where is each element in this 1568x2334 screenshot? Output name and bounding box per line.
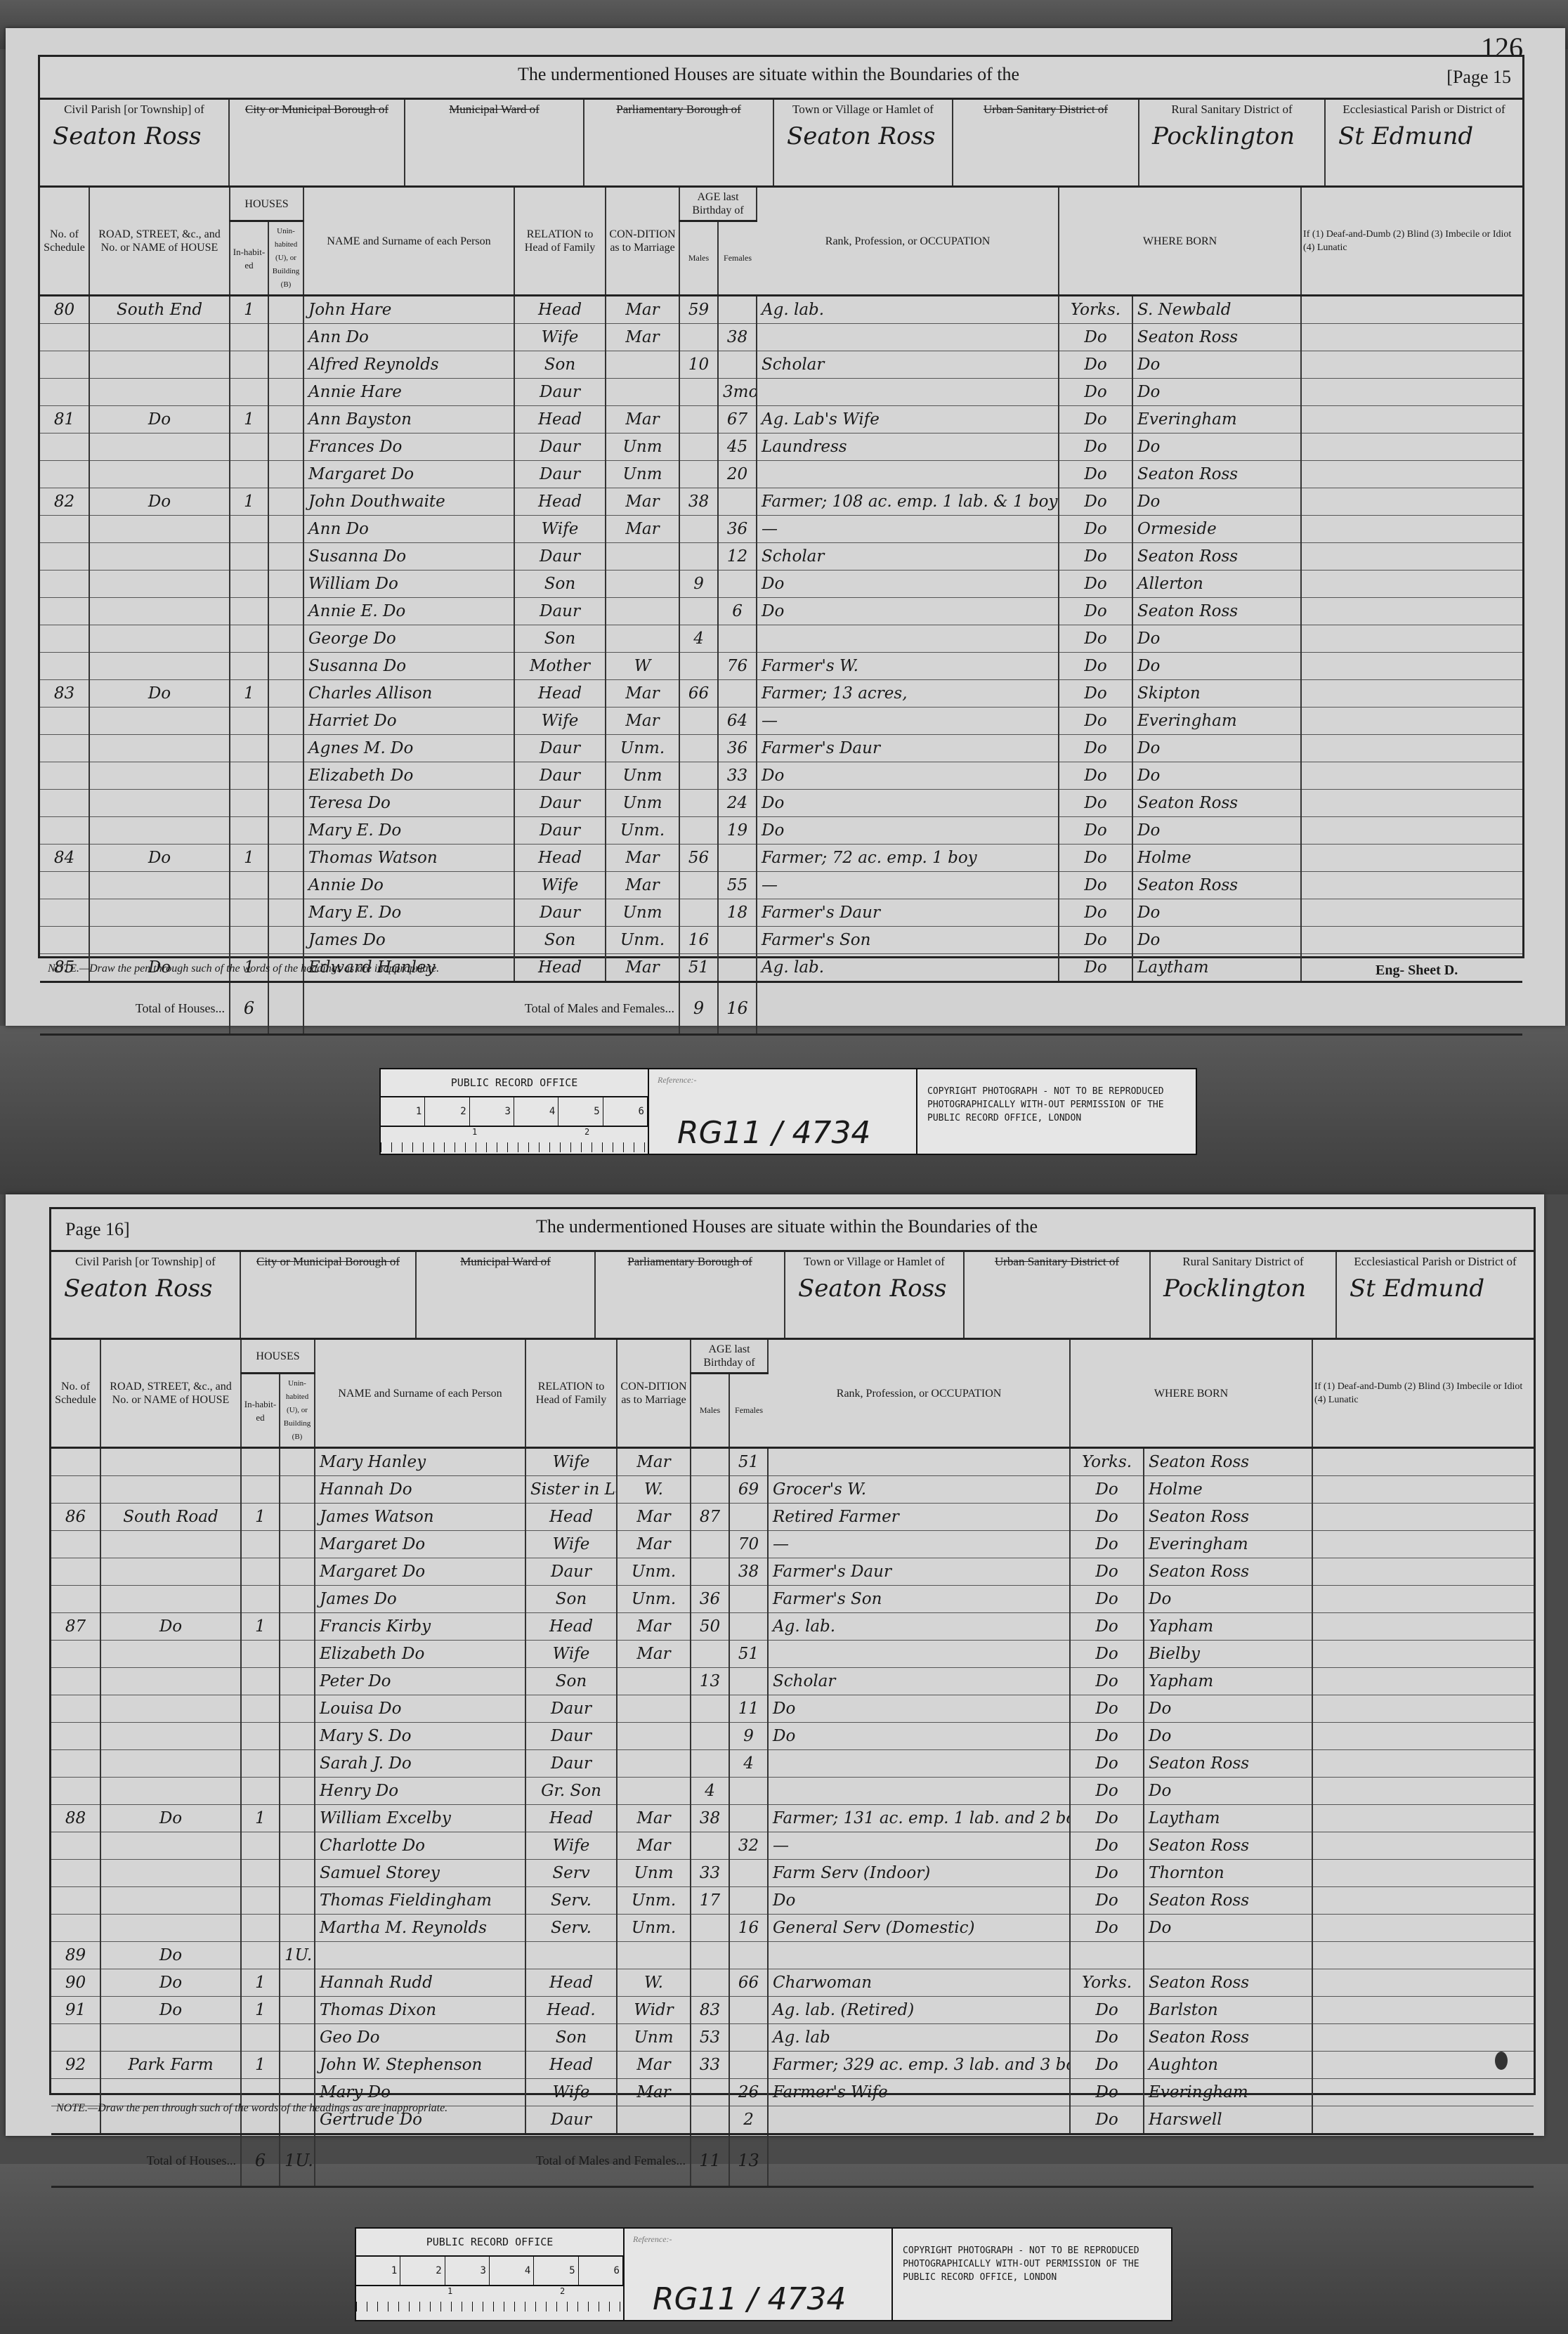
uninhabited-cell bbox=[268, 433, 303, 461]
infirmity-cell bbox=[1312, 1915, 1534, 1942]
male-age-cell: 17 bbox=[691, 1887, 729, 1915]
name-cell: Margaret Do bbox=[315, 1531, 525, 1558]
col-relation: RELATION to Head of Family bbox=[514, 188, 606, 296]
road-cell bbox=[100, 1558, 241, 1586]
schedule-cell bbox=[40, 461, 89, 488]
infirmity-cell bbox=[1301, 680, 1522, 708]
table-row: Charlotte DoWifeMar32—DoSeaton Ross bbox=[51, 1832, 1534, 1860]
uninhabited-cell bbox=[268, 379, 303, 406]
female-age-cell: 3mo bbox=[718, 379, 757, 406]
schedule-cell: 82 bbox=[40, 488, 89, 516]
inhabited-cell: 1 bbox=[241, 1997, 280, 2024]
born-place-cell: Holme bbox=[1144, 1476, 1312, 1504]
male-age-cell bbox=[691, 1695, 729, 1723]
born-place-cell: Seaton Ross bbox=[1132, 543, 1301, 571]
name-cell: Hannah Rudd bbox=[315, 1969, 525, 1997]
male-age-cell bbox=[679, 406, 718, 433]
occupation-cell bbox=[768, 1448, 1070, 1476]
schedule-cell bbox=[40, 379, 89, 406]
table-row: Frances DoDaurUnm45LaundressDoDo bbox=[40, 433, 1522, 461]
schedule-cell: 83 bbox=[40, 680, 89, 708]
road-cell bbox=[89, 324, 230, 351]
born-place-cell: Do bbox=[1132, 817, 1301, 845]
table-row: Peter DoSon13ScholarDoYapham bbox=[51, 1668, 1534, 1695]
inhabited-cell: 1 bbox=[230, 406, 268, 433]
male-age-cell bbox=[679, 379, 718, 406]
infirmity-cell bbox=[1312, 1723, 1534, 1750]
road-cell bbox=[89, 379, 230, 406]
male-age-cell: 66 bbox=[679, 680, 718, 708]
uninhabited-cell bbox=[280, 1778, 315, 1805]
female-age-cell bbox=[718, 845, 757, 872]
form-title-row: Page 16] The undermentioned Houses are s… bbox=[51, 1209, 1534, 1252]
name-cell: Alfred Reynolds bbox=[303, 351, 514, 379]
born-place-cell: Seaton Ross bbox=[1132, 598, 1301, 625]
table-row: Margaret DoDaurUnm20DoSeaton Ross bbox=[40, 461, 1522, 488]
occupation-cell: Farmer; 13 acres, bbox=[757, 680, 1059, 708]
table-row: Mary E. DoDaurUnm18Farmer's DaurDoDo bbox=[40, 899, 1522, 927]
road-cell: South Road bbox=[100, 1504, 241, 1531]
total-persons-label: Total of Males and Females... bbox=[303, 982, 679, 1035]
condition-cell: Unm. bbox=[617, 1586, 691, 1613]
relation-cell: Head bbox=[525, 1969, 617, 1997]
condition-cell: Mar bbox=[606, 954, 679, 982]
rural-sanitary-value: Pocklington bbox=[1145, 122, 1319, 150]
infirmity-cell bbox=[1312, 1750, 1534, 1778]
condition-cell: Unm. bbox=[606, 817, 679, 845]
ecclesiastical-label: Ecclesiastical Parish or District of bbox=[1331, 103, 1517, 117]
male-age-cell: 53 bbox=[691, 2024, 729, 2052]
born-county-cell: Do bbox=[1070, 1641, 1144, 1668]
born-place-cell bbox=[1144, 1942, 1312, 1969]
total-persons-label: Total of Males and Females... bbox=[315, 2134, 691, 2187]
name-cell: Elizabeth Do bbox=[303, 762, 514, 790]
relation-cell: Head. bbox=[525, 1997, 617, 2024]
male-age-cell bbox=[691, 1969, 729, 1997]
municipal-borough-label: City or Municipal Borough of bbox=[235, 103, 398, 117]
relation-cell: Daur bbox=[525, 1750, 617, 1778]
condition-cell bbox=[617, 2106, 691, 2134]
condition-cell: Unm bbox=[606, 461, 679, 488]
occupation-cell: Retired Farmer bbox=[768, 1504, 1070, 1531]
col-relation: RELATION to Head of Family bbox=[525, 1340, 617, 1448]
schedule-cell bbox=[40, 790, 89, 817]
inhabited-cell bbox=[241, 1668, 280, 1695]
road-cell bbox=[100, 2024, 241, 2052]
table-row: Margaret DoWifeMar70—DoEveringham bbox=[51, 1531, 1534, 1558]
relation-cell: Daur bbox=[514, 543, 606, 571]
female-age-cell: 4 bbox=[729, 1750, 768, 1778]
infirmity-cell bbox=[1312, 1586, 1534, 1613]
condition-cell: Mar bbox=[606, 845, 679, 872]
road-cell: Do bbox=[89, 406, 230, 433]
occupation-cell bbox=[757, 379, 1059, 406]
occupation-cell: Farmer's Daur bbox=[768, 1558, 1070, 1586]
born-place-cell: Bielby bbox=[1144, 1641, 1312, 1668]
name-cell: Sarah J. Do bbox=[315, 1750, 525, 1778]
name-cell: Agnes M. Do bbox=[303, 735, 514, 762]
occupation-cell: Ag. lab bbox=[768, 2024, 1070, 2052]
male-age-cell: 38 bbox=[691, 1805, 729, 1832]
inhabited-cell bbox=[241, 1448, 280, 1476]
occupation-cell: Farmer; 108 ac. emp. 1 lab. & 1 boy bbox=[757, 488, 1059, 516]
name-cell: Hannah Do bbox=[315, 1476, 525, 1504]
born-place-cell: Seaton Ross bbox=[1144, 1887, 1312, 1915]
uninhabited-cell bbox=[280, 1723, 315, 1750]
female-age-cell bbox=[729, 1613, 768, 1641]
census-table-page-16: No. of Schedule ROAD, STREET, &c., and N… bbox=[51, 1340, 1534, 2188]
road-cell bbox=[100, 1887, 241, 1915]
female-age-cell: 45 bbox=[718, 433, 757, 461]
infirmity-cell bbox=[1301, 461, 1522, 488]
female-age-cell: 66 bbox=[729, 1969, 768, 1997]
copyright-notice: COPYRIGHT PHOTOGRAPH - NOT TO BE REPRODU… bbox=[917, 1069, 1196, 1154]
occupation-cell: General Serv (Domestic) bbox=[768, 1915, 1070, 1942]
col-infirmity: If (1) Deaf-and-Dumb (2) Blind (3) Imbec… bbox=[1301, 188, 1522, 296]
uninhabited-cell bbox=[268, 351, 303, 379]
born-place-cell: Seaton Ross bbox=[1132, 790, 1301, 817]
scale-number: 2 bbox=[400, 2257, 445, 2285]
inhabited-cell: 1 bbox=[241, 1613, 280, 1641]
born-county-cell: Do bbox=[1070, 1613, 1144, 1641]
uninhabited-cell bbox=[268, 899, 303, 927]
schedule-cell bbox=[40, 516, 89, 543]
female-age-cell: 76 bbox=[718, 653, 757, 680]
born-county-cell: Do bbox=[1070, 1586, 1144, 1613]
inhabited-cell bbox=[241, 1695, 280, 1723]
table-row: Susanna DoMotherW76Farmer's W.DoDo bbox=[40, 653, 1522, 680]
inhabited-cell bbox=[241, 1586, 280, 1613]
inhabited-cell bbox=[230, 653, 268, 680]
female-age-cell: 24 bbox=[718, 790, 757, 817]
relation-cell: Daur bbox=[514, 379, 606, 406]
occupation-cell: Laundress bbox=[757, 433, 1059, 461]
born-county-cell: Do bbox=[1070, 1476, 1144, 1504]
born-place-cell: Do bbox=[1132, 762, 1301, 790]
road-cell: Do bbox=[100, 1805, 241, 1832]
road-cell bbox=[89, 653, 230, 680]
totals-blank bbox=[757, 982, 1522, 1035]
born-county-cell: Do bbox=[1059, 324, 1132, 351]
total-houses-uninhabited bbox=[268, 982, 303, 1035]
infirmity-cell bbox=[1312, 1613, 1534, 1641]
born-place-cell: Do bbox=[1132, 351, 1301, 379]
district-row: Civil Parish [or Township] ofSeaton Ross… bbox=[40, 100, 1522, 188]
table-row: 80South End1John HareHeadMar59Ag. lab.Yo… bbox=[40, 296, 1522, 324]
condition-cell: Mar bbox=[617, 1641, 691, 1668]
relation-cell: Wife bbox=[514, 708, 606, 735]
schedule-cell: 87 bbox=[51, 1613, 100, 1641]
form-note: NOTE.—Draw the pen through such of the w… bbox=[56, 2102, 447, 2115]
uninhabited-cell bbox=[268, 790, 303, 817]
schedule-cell: 90 bbox=[51, 1969, 100, 1997]
uninhabited-cell bbox=[280, 1969, 315, 1997]
copyright-notice: COPYRIGHT PHOTOGRAPH - NOT TO BE REPRODU… bbox=[893, 2229, 1171, 2320]
name-cell: Ann Bayston bbox=[303, 406, 514, 433]
infirmity-cell bbox=[1301, 433, 1522, 461]
condition-cell: Unm. bbox=[606, 927, 679, 954]
col-males: Males bbox=[679, 221, 718, 296]
inhabited-cell bbox=[230, 516, 268, 543]
census-sheet-page-16: Page 16] The undermentioned Houses are s… bbox=[6, 1194, 1544, 2136]
occupation-cell bbox=[768, 2106, 1070, 2134]
inhabited-cell: 1 bbox=[230, 296, 268, 324]
infirmity-cell bbox=[1301, 735, 1522, 762]
road-cell bbox=[89, 735, 230, 762]
name-cell: Henry Do bbox=[315, 1778, 525, 1805]
road-cell: Do bbox=[100, 1997, 241, 2024]
table-row: William DoSon9DoDoAllerton bbox=[40, 571, 1522, 598]
occupation-cell: — bbox=[768, 1531, 1070, 1558]
born-place-cell: Aughton bbox=[1144, 2052, 1312, 2079]
uninhabited-cell bbox=[280, 1558, 315, 1586]
col-houses: HOUSES bbox=[241, 1340, 315, 1374]
born-county-cell: Do bbox=[1070, 1750, 1144, 1778]
col-name: NAME and Surname of each Person bbox=[315, 1340, 525, 1448]
table-row: Teresa DoDaurUnm24DoDoSeaton Ross bbox=[40, 790, 1522, 817]
male-age-cell: 13 bbox=[691, 1668, 729, 1695]
born-county-cell: Do bbox=[1059, 571, 1132, 598]
born-place-cell: Barlston bbox=[1144, 1997, 1312, 2024]
female-age-cell bbox=[729, 1887, 768, 1915]
rural-sanitary-label: Rural Sanitary District of bbox=[1156, 1255, 1330, 1269]
born-place-cell: Laytham bbox=[1132, 954, 1301, 982]
schedule-cell bbox=[40, 543, 89, 571]
total-males: 9 bbox=[679, 982, 718, 1035]
inhabited-cell: 1 bbox=[230, 488, 268, 516]
infirmity-cell bbox=[1301, 296, 1522, 324]
born-county-cell: Do bbox=[1059, 598, 1132, 625]
born-county-cell: Yorks. bbox=[1070, 1448, 1144, 1476]
ruler-mark: 1 bbox=[447, 2286, 452, 2296]
born-place-cell: Seaton Ross bbox=[1132, 461, 1301, 488]
ink-blot bbox=[1495, 2052, 1508, 2070]
inhabited-cell bbox=[241, 1723, 280, 1750]
condition-cell: Mar bbox=[617, 1613, 691, 1641]
condition-cell: Mar bbox=[617, 2079, 691, 2106]
relation-cell: Head bbox=[525, 1504, 617, 1531]
rural-sanitary-value: Pocklington bbox=[1156, 1274, 1330, 1303]
schedule-cell bbox=[51, 1668, 100, 1695]
female-age-cell: 51 bbox=[729, 1641, 768, 1668]
born-county-cell: Do bbox=[1059, 872, 1132, 899]
condition-cell: Unm bbox=[606, 790, 679, 817]
relation-cell: Wife bbox=[514, 872, 606, 899]
born-place-cell: Ormeside bbox=[1132, 516, 1301, 543]
schedule-cell: 86 bbox=[51, 1504, 100, 1531]
occupation-cell: Do bbox=[768, 1695, 1070, 1723]
occupation-cell: Farmer's Wife bbox=[768, 2079, 1070, 2106]
name-cell: Ann Do bbox=[303, 324, 514, 351]
scale-number: 1 bbox=[356, 2257, 400, 2285]
born-county-cell: Yorks. bbox=[1070, 1969, 1144, 1997]
born-place-cell: Do bbox=[1132, 488, 1301, 516]
born-county-cell: Do bbox=[1070, 2024, 1144, 2052]
born-place-cell: Do bbox=[1132, 625, 1301, 653]
totals-row: Total of Houses...6Total of Males and Fe… bbox=[40, 982, 1522, 1035]
infirmity-cell bbox=[1301, 324, 1522, 351]
born-county-cell bbox=[1070, 1942, 1144, 1969]
male-age-cell bbox=[691, 1942, 729, 1969]
road-cell bbox=[100, 1476, 241, 1504]
schedule-cell: 88 bbox=[51, 1805, 100, 1832]
name-cell: Mary E. Do bbox=[303, 899, 514, 927]
born-place-cell: Do bbox=[1144, 1695, 1312, 1723]
name-cell: Geo Do bbox=[315, 2024, 525, 2052]
uninhabited-cell bbox=[280, 1860, 315, 1887]
born-place-cell: Seaton Ross bbox=[1144, 1750, 1312, 1778]
female-age-cell bbox=[729, 2024, 768, 2052]
male-age-cell bbox=[679, 762, 718, 790]
road-cell bbox=[100, 1448, 241, 1476]
table-row: 90Do1Hannah RuddHeadW.66CharwomanYorks.S… bbox=[51, 1969, 1534, 1997]
female-age-cell: 64 bbox=[718, 708, 757, 735]
condition-cell: Unm. bbox=[617, 1558, 691, 1586]
inhabited-cell bbox=[241, 1476, 280, 1504]
occupation-cell bbox=[757, 324, 1059, 351]
reference-number: RG11 / 4734 bbox=[677, 1115, 870, 1151]
condition-cell: Unm bbox=[617, 1860, 691, 1887]
inhabited-cell bbox=[230, 598, 268, 625]
condition-cell bbox=[606, 571, 679, 598]
infirmity-cell bbox=[1301, 790, 1522, 817]
schedule-cell bbox=[51, 1723, 100, 1750]
relation-cell: Daur bbox=[514, 433, 606, 461]
condition-cell: Unm. bbox=[617, 1915, 691, 1942]
col-age: AGE last Birthday of bbox=[679, 188, 757, 221]
condition-cell: Mar bbox=[606, 872, 679, 899]
table-row: Mary HanleyWifeMar51Yorks.Seaton Ross bbox=[51, 1448, 1534, 1476]
condition-cell bbox=[606, 625, 679, 653]
occupation-cell: Ag. lab. (Retired) bbox=[768, 1997, 1070, 2024]
scale-number: 3 bbox=[470, 1097, 514, 1126]
born-county-cell: Do bbox=[1059, 406, 1132, 433]
table-row: 82Do1John DouthwaiteHeadMar38Farmer; 108… bbox=[40, 488, 1522, 516]
urban-sanitary-label: Urban Sanitary District of bbox=[959, 103, 1132, 117]
table-row: 91Do1Thomas DixonHead.Widr83Ag. lab. (Re… bbox=[51, 1997, 1534, 2024]
occupation-cell: — bbox=[757, 872, 1059, 899]
inhabited-cell: 1 bbox=[241, 1504, 280, 1531]
table-row: George DoSon4DoDo bbox=[40, 625, 1522, 653]
relation-cell: Daur bbox=[514, 461, 606, 488]
schedule-cell bbox=[51, 1641, 100, 1668]
ruler-mark: 2 bbox=[584, 1127, 589, 1137]
col-schedule: No. of Schedule bbox=[40, 188, 89, 296]
table-row: 86South Road1James WatsonHeadMar87Retire… bbox=[51, 1504, 1534, 1531]
table-row: Annie HareDaur3moDoDo bbox=[40, 379, 1522, 406]
condition-cell: W. bbox=[617, 1969, 691, 1997]
born-county-cell: Do bbox=[1070, 1860, 1144, 1887]
occupation-cell: Farmer; 72 ac. emp. 1 boy bbox=[757, 845, 1059, 872]
relation-cell: Daur bbox=[514, 735, 606, 762]
uninhabited-cell bbox=[268, 406, 303, 433]
relation-cell: Head bbox=[525, 2052, 617, 2079]
condition-cell: Mar bbox=[606, 324, 679, 351]
road-cell: South End bbox=[89, 296, 230, 324]
census-form-page-15: The undermentioned Houses are situate wi… bbox=[38, 55, 1524, 958]
col-condition: CON-DITION as to Marriage bbox=[617, 1340, 691, 1448]
uninhabited-cell: 1U. bbox=[280, 1942, 315, 1969]
female-age-cell: 26 bbox=[729, 2079, 768, 2106]
inhabited-cell bbox=[230, 899, 268, 927]
road-cell bbox=[100, 1531, 241, 1558]
village-label: Town or Village or Hamlet of bbox=[791, 1255, 958, 1269]
occupation-cell: Farmer's Daur bbox=[757, 735, 1059, 762]
census-table-page-15: No. of Schedule ROAD, STREET, &c., and N… bbox=[40, 188, 1522, 1036]
born-place-cell: Thornton bbox=[1144, 1860, 1312, 1887]
occupation-cell: Ag. lab. bbox=[757, 296, 1059, 324]
born-place-cell: Do bbox=[1132, 379, 1301, 406]
female-age-cell: 19 bbox=[718, 817, 757, 845]
schedule-cell bbox=[40, 351, 89, 379]
condition-cell bbox=[617, 1750, 691, 1778]
ruler-mark: 1 bbox=[472, 1127, 477, 1137]
schedule-cell bbox=[51, 1915, 100, 1942]
occupation-cell: — bbox=[757, 708, 1059, 735]
male-age-cell bbox=[691, 1476, 729, 1504]
road-cell bbox=[100, 1668, 241, 1695]
born-place-cell: Everingham bbox=[1132, 406, 1301, 433]
relation-cell: Gr. Son bbox=[525, 1778, 617, 1805]
name-cell: Ann Do bbox=[303, 516, 514, 543]
born-place-cell: Skipton bbox=[1132, 680, 1301, 708]
born-county-cell: Do bbox=[1059, 790, 1132, 817]
table-row: Annie DoWifeMar55—DoSeaton Ross bbox=[40, 872, 1522, 899]
inhabited-cell bbox=[241, 1750, 280, 1778]
born-place-cell: Do bbox=[1132, 433, 1301, 461]
table-row: 87Do1Francis KirbyHeadMar50Ag. lab.DoYap… bbox=[51, 1613, 1534, 1641]
infirmity-cell bbox=[1312, 1860, 1534, 1887]
table-row: Louisa DoDaur11DoDoDo bbox=[51, 1695, 1534, 1723]
born-place-cell: S. Newbald bbox=[1132, 296, 1301, 324]
relation-cell: Head bbox=[514, 488, 606, 516]
schedule-cell bbox=[51, 1448, 100, 1476]
pro-office-title: PUBLIC RECORD OFFICE bbox=[356, 2229, 623, 2257]
name-cell: Mary Hanley bbox=[315, 1448, 525, 1476]
female-age-cell: 2 bbox=[729, 2106, 768, 2134]
road-cell bbox=[89, 516, 230, 543]
female-age-cell bbox=[729, 1778, 768, 1805]
born-place-cell: Do bbox=[1132, 927, 1301, 954]
col-where-born: WHERE BORN bbox=[1059, 188, 1301, 296]
male-age-cell: 56 bbox=[679, 845, 718, 872]
relation-cell: Head bbox=[525, 1613, 617, 1641]
table-row: 84Do1Thomas WatsonHeadMar56Farmer; 72 ac… bbox=[40, 845, 1522, 872]
name-cell: James Do bbox=[315, 1586, 525, 1613]
born-county-cell: Do bbox=[1070, 2052, 1144, 2079]
condition-cell: Mar bbox=[617, 1448, 691, 1476]
sheet-mark: Eng- Sheet D. bbox=[1376, 963, 1458, 979]
name-cell: William Do bbox=[303, 571, 514, 598]
schedule-cell bbox=[40, 817, 89, 845]
uninhabited-cell bbox=[280, 1832, 315, 1860]
civil-parish-label: Civil Parish [or Township] of bbox=[46, 103, 223, 117]
condition-cell: Unm. bbox=[617, 1887, 691, 1915]
inhabited-cell bbox=[241, 1531, 280, 1558]
uninhabited-cell bbox=[280, 1641, 315, 1668]
schedule-cell: 91 bbox=[51, 1997, 100, 2024]
table-row: Samuel StoreyServUnm33Farm Serv (Indoor)… bbox=[51, 1860, 1534, 1887]
male-age-cell bbox=[679, 461, 718, 488]
name-cell: Peter Do bbox=[315, 1668, 525, 1695]
born-county-cell: Do bbox=[1070, 1531, 1144, 1558]
total-females: 16 bbox=[718, 982, 757, 1035]
female-age-cell: 11 bbox=[729, 1695, 768, 1723]
road-cell bbox=[100, 1695, 241, 1723]
schedule-cell bbox=[51, 1778, 100, 1805]
table-row: Martha M. ReynoldsServ.Unm.16General Ser… bbox=[51, 1915, 1534, 1942]
male-age-cell bbox=[679, 817, 718, 845]
